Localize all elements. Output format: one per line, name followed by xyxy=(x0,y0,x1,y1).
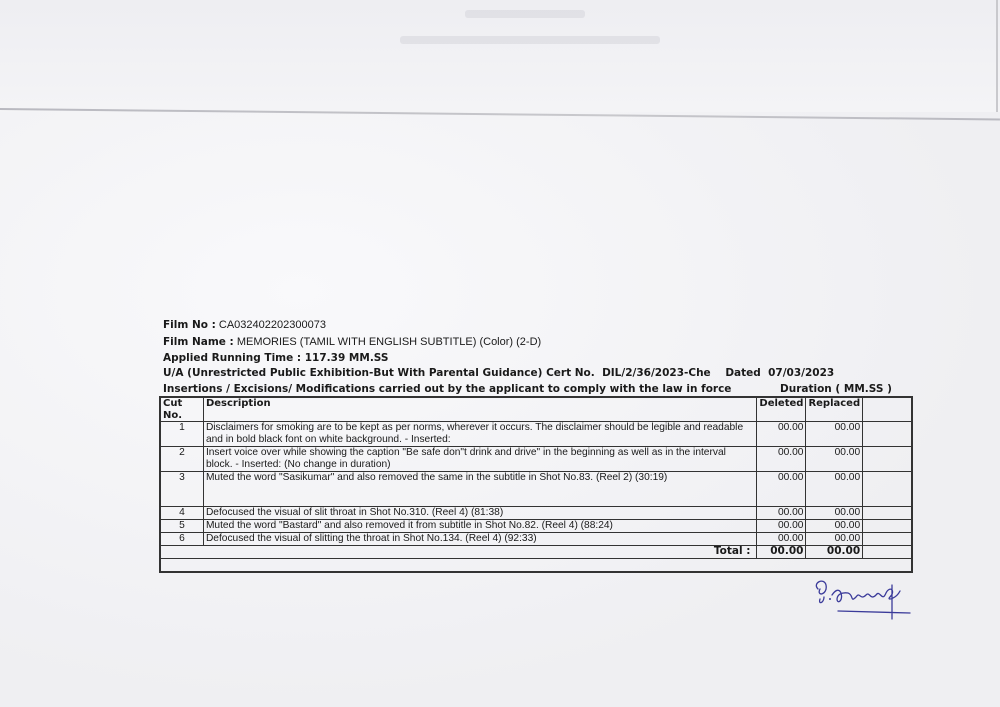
col-replaced: Replaced xyxy=(806,397,863,422)
cut-number: 2 xyxy=(160,447,203,472)
col-cut-no: Cut No. xyxy=(160,397,203,422)
cert-no: DIL/2/36/2023-Che xyxy=(602,367,711,379)
blank-cell xyxy=(863,520,912,533)
certificate-text: U/A (Unrestricted Public Exhibition-But … xyxy=(163,367,595,379)
cut-description: Defocused the visual of slitting the thr… xyxy=(203,533,756,546)
total-blank xyxy=(863,546,912,559)
cuts-table: Cut No. Description Deleted Replaced 1Di… xyxy=(159,396,913,573)
table-row: 2Insert voice over while showing the cap… xyxy=(160,447,912,472)
deleted-duration: 00.00 xyxy=(757,507,806,520)
cut-number: 5 xyxy=(160,520,203,533)
dated-value: 07/03/2023 xyxy=(768,367,834,379)
table-row: 4Defocused the visual of slit throat in … xyxy=(160,507,912,520)
total-deleted: 00.00 xyxy=(757,546,806,559)
blank-cell xyxy=(863,447,912,472)
cut-number: 1 xyxy=(160,422,203,447)
film-no-line: Film No : CA032402202300073 xyxy=(163,319,326,332)
blank-cell xyxy=(863,472,912,507)
table-row: 1Disclaimers for smoking are to be kept … xyxy=(160,422,912,447)
running-time-line: Applied Running Time : 117.39 MM.SS xyxy=(163,352,388,365)
bleed-through-heading xyxy=(465,10,585,18)
page-edge xyxy=(996,0,998,120)
certificate-line: U/A (Unrestricted Public Exhibition-But … xyxy=(163,367,834,380)
cut-description: Insert voice over while showing the capt… xyxy=(203,447,756,472)
deleted-duration: 00.00 xyxy=(757,520,806,533)
col-blank xyxy=(863,397,912,422)
signature xyxy=(810,575,930,625)
cut-description: Disclaimers for smoking are to be kept a… xyxy=(203,422,756,447)
replaced-duration: 00.00 xyxy=(806,520,863,533)
deleted-duration: 00.00 xyxy=(757,533,806,546)
film-no-value: CA032402202300073 xyxy=(219,319,326,331)
deleted-duration: 00.00 xyxy=(757,472,806,507)
running-time-label: Applied Running Time : xyxy=(163,352,301,364)
film-no-label: Film No : xyxy=(163,319,216,331)
section-title: Insertions / Excisions/ Modifications ca… xyxy=(163,383,731,396)
duration-heading: Duration ( MM.SS ) xyxy=(780,383,892,395)
blank-cell xyxy=(863,507,912,520)
replaced-duration: 00.00 xyxy=(806,533,863,546)
col-deleted: Deleted xyxy=(757,397,806,422)
replaced-duration: 00.00 xyxy=(806,447,863,472)
dated-label: Dated xyxy=(725,367,760,379)
replaced-duration: 00.00 xyxy=(806,422,863,447)
running-time-value: 117.39 MM.SS xyxy=(305,352,389,364)
cut-description: Muted the word "Bastard" and also remove… xyxy=(203,520,756,533)
table-row: 6Defocused the visual of slitting the th… xyxy=(160,533,912,546)
cut-description: Muted the word "Sasikumar" and also remo… xyxy=(203,472,756,507)
film-name-label: Film Name : xyxy=(163,336,234,348)
deleted-duration: 00.00 xyxy=(757,422,806,447)
table-tail-row xyxy=(160,558,912,572)
deleted-duration: 00.00 xyxy=(757,447,806,472)
film-name-value: MEMORIES (TAMIL WITH ENGLISH SUBTITLE) (… xyxy=(237,336,541,348)
table-header-row: Cut No. Description Deleted Replaced xyxy=(160,397,912,422)
blank-cell xyxy=(863,422,912,447)
cut-number: 3 xyxy=(160,472,203,507)
replaced-duration: 00.00 xyxy=(806,507,863,520)
blank-cell xyxy=(863,533,912,546)
bleed-through-subheading xyxy=(400,36,660,44)
col-description: Description xyxy=(203,397,756,422)
total-row: Total : 00.00 00.00 xyxy=(160,546,912,559)
cut-number: 6 xyxy=(160,533,203,546)
total-label: Total : xyxy=(160,546,757,559)
table-row: 5Muted the word "Bastard" and also remov… xyxy=(160,520,912,533)
table-row: 3Muted the word "Sasikumar" and also rem… xyxy=(160,472,912,507)
folded-page-top xyxy=(0,0,1000,112)
total-replaced: 00.00 xyxy=(806,546,863,559)
cut-number: 4 xyxy=(160,507,203,520)
cut-description: Defocused the visual of slit throat in S… xyxy=(203,507,756,520)
replaced-duration: 00.00 xyxy=(806,472,863,507)
film-name-line: Film Name : MEMORIES (TAMIL WITH ENGLISH… xyxy=(163,336,541,349)
